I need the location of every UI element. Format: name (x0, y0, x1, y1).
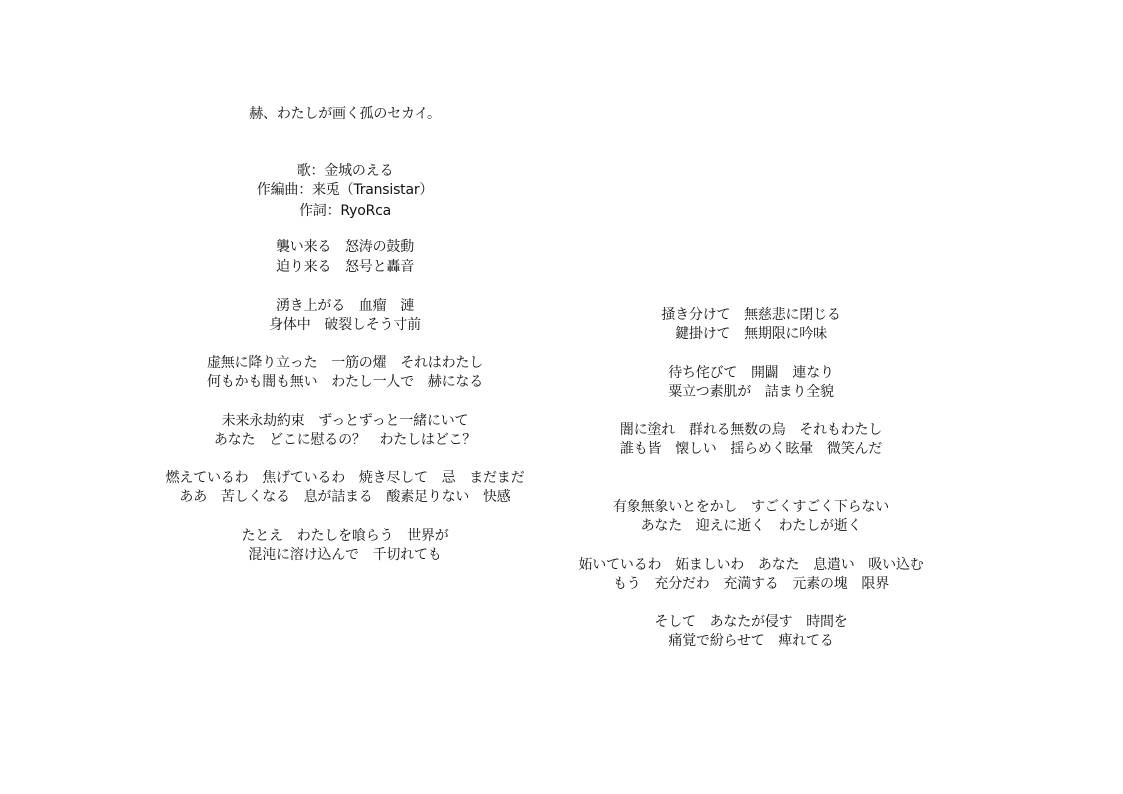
lyric-line: 混沌に溶け込んで 千切れても (248, 546, 441, 565)
lyric-line: ああ 苦しくなる 息が詰まる 酸素足りない 快感 (179, 488, 510, 507)
lyric-line: 有象無象いとをかし すごくすごく下らない (613, 498, 889, 517)
lyric-line: もう 充分だわ 充満する 元素の塊 限界 (613, 575, 889, 594)
lyric-line: 虚無に降り立った 一筋の燿 それはわたし (207, 354, 483, 373)
lyric-line: 闇に塗れ 群れる無数の烏 それもわたし (620, 421, 882, 440)
lyric-line: 何もかも闇も無い わたし一人で 赫になる (207, 373, 483, 392)
lyric-line: 待ち侘びて 開闢 連なり (668, 364, 834, 383)
lyric-line: 襲い来る 怒涛の鼓動 (276, 238, 414, 257)
credit-vocal: 歌：金城のえる (297, 162, 394, 181)
song-title: 赫、わたしが画く孤のセカイ。 (249, 105, 441, 124)
lyric-line: そして あなたが侵す 時間を (654, 613, 847, 632)
lyric-line: 誰も皆 懐しい 揺らめく眩暈 微笑んだ (620, 440, 882, 459)
credit-composer: 作編曲：来兎（Transistar） (257, 181, 433, 200)
lyric-line: 鍵掛けて 無期限に吟味 (675, 325, 827, 344)
lyric-line: 身体中 破裂しそう寸前 (269, 316, 421, 335)
lyric-line: 燃えているわ 焦げているわ 焼き尽して 忌 まだまだ (166, 469, 525, 488)
lyric-line: たとえ わたしを喰らう 世界が (242, 527, 449, 546)
lyric-line: 痛覚で紛らせて 痺れてる (668, 632, 833, 651)
lyric-line: 迫り来る 怒号と轟音 (276, 258, 414, 277)
lyric-line: 未来永劫約束 ずっとずっと一緒にいて (222, 412, 469, 431)
lyric-line: 湧き上がる 血瘤 漣 (276, 297, 414, 316)
lyric-line: あなた どこに慰るの？ わたしはどこ？ (214, 431, 476, 450)
lyric-line: 粟立つ素肌が 詰まり全貌 (668, 383, 834, 402)
lyric-line: 妬いているわ 妬ましいわ あなた 息遣い 吸い込む (579, 556, 924, 575)
lyric-line: あなた 迎えに逝く わたしが逝く (641, 517, 862, 536)
lyric-line: 掻き分けて 無慈悲に閉じる (661, 306, 840, 325)
credit-lyricist: 作詞：RyoRca (299, 202, 391, 221)
